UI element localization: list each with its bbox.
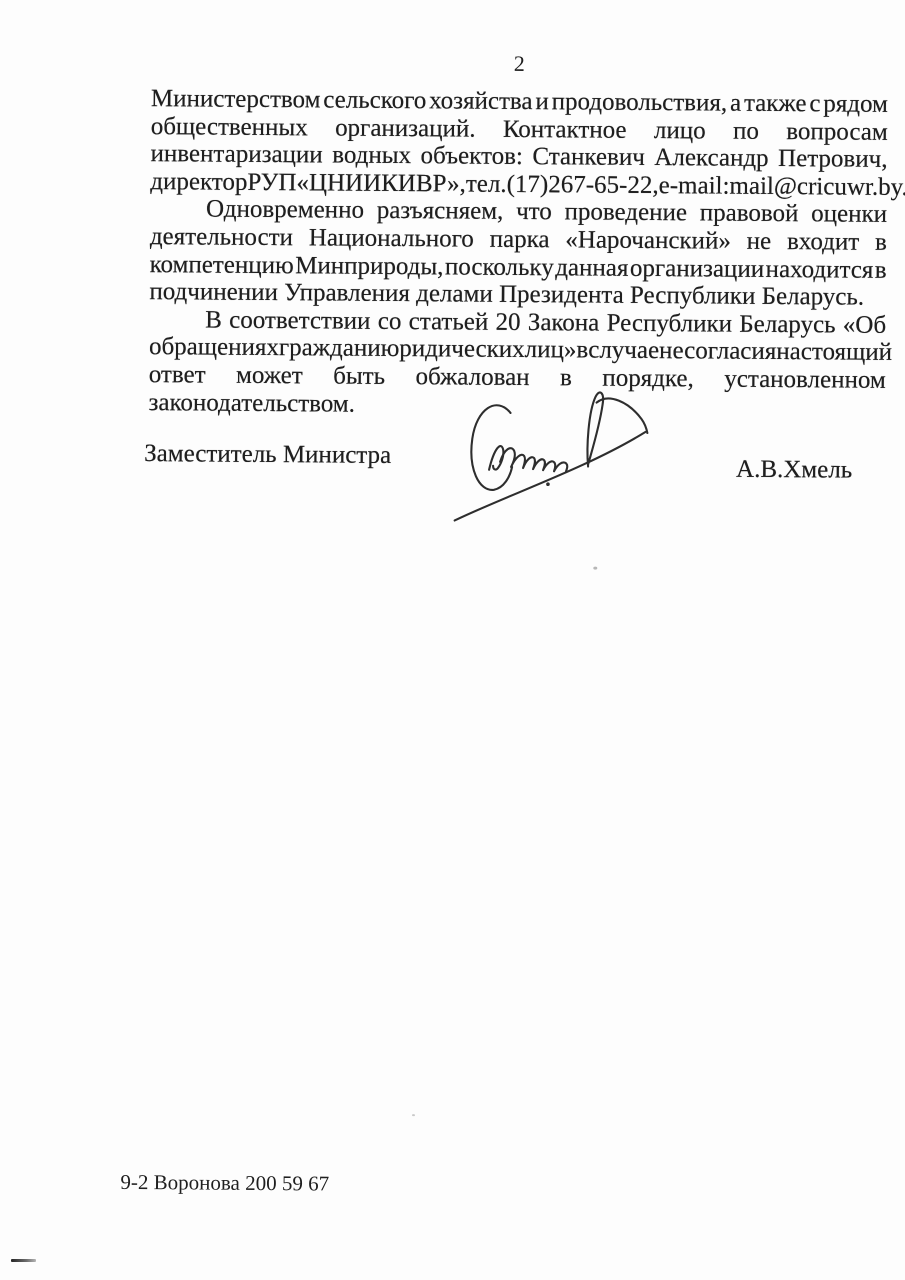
footer-reference: 9-2 Воронова 200 59 67 — [120, 1170, 329, 1197]
signer-title: Заместитель Министра — [144, 440, 391, 470]
page-number: 2 — [151, 48, 888, 80]
scan-speck — [412, 1114, 415, 1116]
signer-name: А.В.Хмель — [736, 456, 852, 485]
scanned-letter-page: 2 Министерствомсельскогохозяйстваипродов… — [0, 0, 905, 1280]
handwritten-signature-icon — [437, 370, 678, 557]
page-content: 2 Министерствомсельскогохозяйстваипродов… — [0, 0, 905, 1280]
scan-speck — [593, 567, 597, 570]
scan-artifact-line — [11, 1259, 36, 1262]
